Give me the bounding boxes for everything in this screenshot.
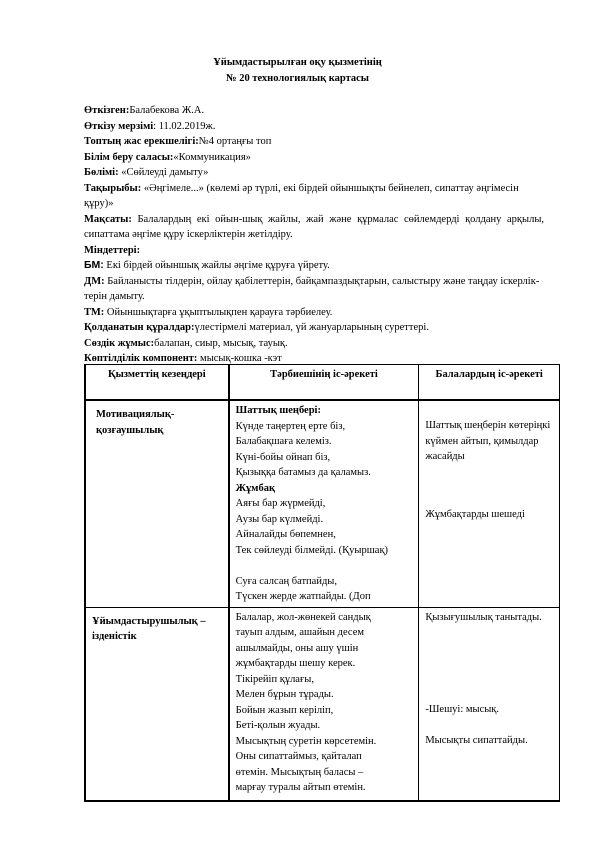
document-title-line1: Ұйымдастырылған оқу қызметінің	[0, 57, 595, 68]
children-cell: Шаттық шеңберін көтеріңкі күймен айтып, …	[419, 400, 560, 607]
table-row: Мотивациялық-қозғаушылық Шаттық шеңбері:…	[85, 400, 560, 607]
teacher-cell: Балалар, жол-жөнекей сандық тауып алдым,…	[229, 607, 419, 801]
teacher-cell: Шаттық шеңбері: Күнде таңертең ерте біз,…	[229, 400, 419, 607]
vocab-line: Сөздік жұмыс:балапан, сиыр, мысық, тауық…	[84, 336, 544, 352]
document-title-line2: № 20 технологиялық картасы	[0, 73, 595, 84]
goal-line: Мақсаты: Балалардың екі ойын-шық жайлы, …	[84, 212, 544, 243]
tasks-heading: Міндеттері:	[84, 243, 544, 259]
lesson-plan-table: Қызметтің кезеңдері Тәрбиешінің іс-әреке…	[84, 364, 560, 802]
teacher-line: Өткізген:Балабекова Ж.А.	[84, 103, 544, 119]
topic-line: Тақырыбы: «Әңгімеле...» (көлемі әр түрлі…	[84, 181, 544, 212]
task-tm: ТМ: Ойыншықтарға ұқыптылықпен қарауға тә…	[84, 305, 544, 321]
children-cell: Қызығушылық танытады. -Шешуі: мысық. Мыс…	[419, 607, 560, 801]
date-line: Өткізу мерзімі: 11.02.2019ж.	[84, 119, 544, 135]
task-dm: ДМ: Байланысты тілдерін, ойлау қабілетте…	[84, 274, 544, 305]
stage-cell: Мотивациялық-қозғаушылық	[85, 400, 229, 607]
materials-line: Қолданатын құралдар:үлестірмелі материал…	[84, 320, 544, 336]
header-stage: Қызметтің кезеңдері	[85, 365, 229, 401]
task-bm: БМ: Екі бірдей ойыншық жайлы әңгіме құру…	[84, 258, 544, 274]
table-header-row: Қызметтің кезеңдері Тәрбиешінің іс-әреке…	[85, 365, 560, 401]
group-line: Топтың жас ерекшелігі:№4 ортаңғы топ	[84, 134, 544, 150]
header-teacher: Тәрбиешінің іс-әрекеті	[229, 365, 419, 401]
stage-cell: Ұйымдастырушылық – ізденістік	[85, 607, 229, 801]
header-children: Балалардың іс-әрекеті	[419, 365, 560, 401]
table-row: Ұйымдастырушылық – ізденістік Балалар, ж…	[85, 607, 560, 801]
area-line: Білім беру саласы:«Коммуникация»	[84, 150, 544, 166]
section-line: Бөлімі: «Сөйлеуді дамыту»	[84, 165, 544, 181]
lesson-meta: Өткізген:Балабекова Ж.А. Өткізу мерзімі:…	[84, 103, 544, 367]
